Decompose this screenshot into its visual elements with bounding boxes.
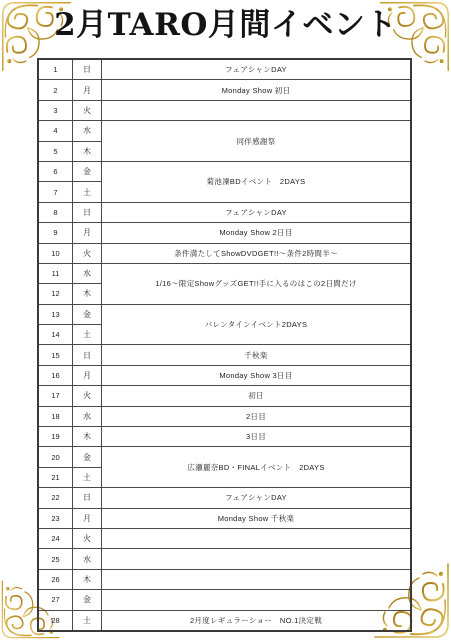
date-cell: 18 bbox=[38, 406, 73, 426]
day-cell: 木 bbox=[73, 569, 102, 589]
event-cell: フェアシャンDAY bbox=[102, 488, 412, 508]
date-cell: 4 bbox=[38, 121, 73, 141]
date-cell: 5 bbox=[38, 141, 73, 161]
table-row: 1日フェアシャンDAY bbox=[38, 59, 411, 80]
day-cell: 月 bbox=[73, 508, 102, 528]
date-cell: 28 bbox=[38, 610, 73, 631]
event-cell: 千秋楽 bbox=[102, 345, 412, 365]
calendar-body: 1日フェアシャンDAY2月Monday Show 初日3火4水同伴感謝祭5木6金… bbox=[38, 59, 411, 631]
table-row: 2月Monday Show 初日 bbox=[38, 80, 411, 100]
table-row: 4水同伴感謝祭 bbox=[38, 121, 411, 141]
date-cell: 12 bbox=[38, 284, 73, 304]
day-cell: 土 bbox=[73, 610, 102, 631]
date-cell: 6 bbox=[38, 161, 73, 181]
event-cell: バレンタインイベント2DAYS bbox=[102, 304, 412, 345]
date-cell: 2 bbox=[38, 80, 73, 100]
event-cell bbox=[102, 528, 412, 548]
day-cell: 日 bbox=[73, 202, 102, 222]
day-cell: 火 bbox=[73, 528, 102, 548]
event-cell bbox=[102, 100, 412, 120]
date-cell: 10 bbox=[38, 243, 73, 263]
day-cell: 水 bbox=[73, 263, 102, 283]
event-cell bbox=[102, 569, 412, 589]
day-cell: 日 bbox=[73, 59, 102, 80]
event-cell: フェアシャンDAY bbox=[102, 59, 412, 80]
table-row: 8日フェアシャンDAY bbox=[38, 202, 411, 222]
table-row: 15日千秋楽 bbox=[38, 345, 411, 365]
table-row: 19木3日目 bbox=[38, 427, 411, 447]
day-cell: 水 bbox=[73, 121, 102, 141]
day-cell: 土 bbox=[73, 325, 102, 345]
table-row: 10火条件満たしてShowDVDGET!!～条件2時間半～ bbox=[38, 243, 411, 263]
day-cell: 木 bbox=[73, 427, 102, 447]
date-cell: 17 bbox=[38, 386, 73, 406]
event-cell: 菊池凜BDイベント 2DAYS bbox=[102, 161, 412, 202]
event-cell: 広瀬麗奈BD・FINALイベント 2DAYS bbox=[102, 447, 412, 488]
day-cell: 金 bbox=[73, 447, 102, 467]
day-cell: 土 bbox=[73, 467, 102, 487]
table-row: 28土2月度レギュラーショー NO.1決定戦 bbox=[38, 610, 411, 631]
day-cell: 金 bbox=[73, 304, 102, 324]
event-cell: Monday Show 千秋楽 bbox=[102, 508, 412, 528]
date-cell: 9 bbox=[38, 223, 73, 243]
day-cell: 金 bbox=[73, 161, 102, 181]
date-cell: 21 bbox=[38, 467, 73, 487]
page-title: 2月TARO月間イベント bbox=[0, 8, 451, 44]
event-cell: 条件満たしてShowDVDGET!!～条件2時間半～ bbox=[102, 243, 412, 263]
event-cell bbox=[102, 549, 412, 569]
date-cell: 13 bbox=[38, 304, 73, 324]
table-row: 16月Monday Show 3日目 bbox=[38, 365, 411, 385]
day-cell: 日 bbox=[73, 488, 102, 508]
event-cell: Monday Show 2日目 bbox=[102, 223, 412, 243]
day-cell: 月 bbox=[73, 223, 102, 243]
table-row: 25水 bbox=[38, 549, 411, 569]
date-cell: 27 bbox=[38, 590, 73, 610]
event-cell: 1/16～限定ShowグッズGET!!手に入るのはこの2日間だけ bbox=[102, 263, 412, 304]
table-row: 24火 bbox=[38, 528, 411, 548]
day-cell: 木 bbox=[73, 141, 102, 161]
date-cell: 24 bbox=[38, 528, 73, 548]
date-cell: 7 bbox=[38, 182, 73, 202]
date-cell: 8 bbox=[38, 202, 73, 222]
day-cell: 水 bbox=[73, 549, 102, 569]
day-cell: 火 bbox=[73, 100, 102, 120]
event-cell: 同伴感謝祭 bbox=[102, 121, 412, 162]
date-cell: 20 bbox=[38, 447, 73, 467]
day-cell: 日 bbox=[73, 345, 102, 365]
date-cell: 15 bbox=[38, 345, 73, 365]
table-row: 3火 bbox=[38, 100, 411, 120]
date-cell: 26 bbox=[38, 569, 73, 589]
date-cell: 1 bbox=[38, 59, 73, 80]
date-cell: 11 bbox=[38, 263, 73, 283]
day-cell: 月 bbox=[73, 365, 102, 385]
day-cell: 火 bbox=[73, 386, 102, 406]
date-cell: 14 bbox=[38, 325, 73, 345]
event-cell: 2月度レギュラーショー NO.1決定戦 bbox=[102, 610, 412, 631]
event-cell bbox=[102, 590, 412, 610]
day-cell: 月 bbox=[73, 80, 102, 100]
event-cell: 3日目 bbox=[102, 427, 412, 447]
day-cell: 水 bbox=[73, 406, 102, 426]
day-cell: 土 bbox=[73, 182, 102, 202]
date-cell: 25 bbox=[38, 549, 73, 569]
event-cell: Monday Show 3日目 bbox=[102, 365, 412, 385]
table-row: 22日フェアシャンDAY bbox=[38, 488, 411, 508]
date-cell: 3 bbox=[38, 100, 73, 120]
date-cell: 22 bbox=[38, 488, 73, 508]
date-cell: 23 bbox=[38, 508, 73, 528]
table-row: 9月Monday Show 2日目 bbox=[38, 223, 411, 243]
table-row: 17火初日 bbox=[38, 386, 411, 406]
day-cell: 火 bbox=[73, 243, 102, 263]
table-row: 13金バレンタインイベント2DAYS bbox=[38, 304, 411, 324]
event-cell: Monday Show 初日 bbox=[102, 80, 412, 100]
table-row: 6金菊池凜BDイベント 2DAYS bbox=[38, 161, 411, 181]
table-row: 11水1/16～限定ShowグッズGET!!手に入るのはこの2日間だけ bbox=[38, 263, 411, 283]
table-row: 26木 bbox=[38, 569, 411, 589]
event-cell: 初日 bbox=[102, 386, 412, 406]
event-schedule-table: 1日フェアシャンDAY2月Monday Show 初日3火4水同伴感謝祭5木6金… bbox=[37, 58, 412, 632]
date-cell: 16 bbox=[38, 365, 73, 385]
event-cell: フェアシャンDAY bbox=[102, 202, 412, 222]
table-row: 23月Monday Show 千秋楽 bbox=[38, 508, 411, 528]
day-cell: 木 bbox=[73, 284, 102, 304]
event-cell: 2日目 bbox=[102, 406, 412, 426]
day-cell: 金 bbox=[73, 590, 102, 610]
table-row: 27金 bbox=[38, 590, 411, 610]
date-cell: 19 bbox=[38, 427, 73, 447]
table-row: 20金広瀬麗奈BD・FINALイベント 2DAYS bbox=[38, 447, 411, 467]
table-row: 18水2日目 bbox=[38, 406, 411, 426]
